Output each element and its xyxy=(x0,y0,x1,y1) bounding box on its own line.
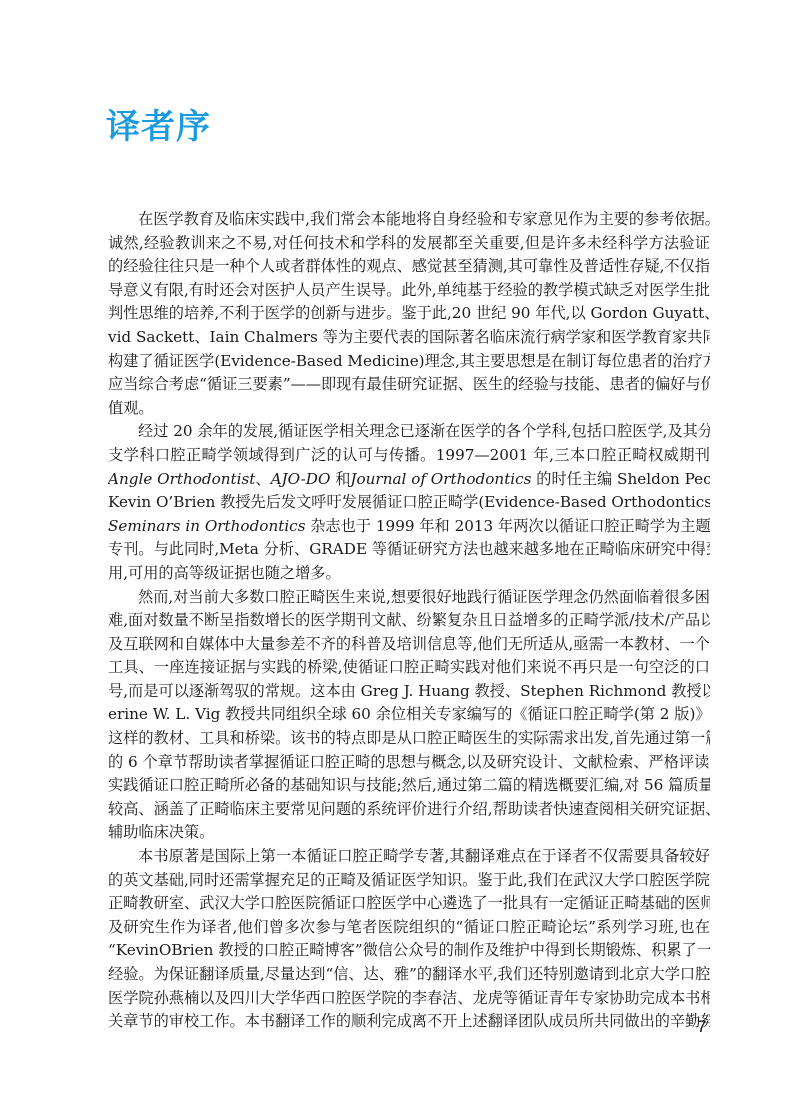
text-line: Kevin O’Brien 教授先后发文呼吁发展循证口腔正畸学(Evidence… xyxy=(108,491,710,515)
text-line: 难,面对数量不断呈指数增长的医学期刊文献、纷繁复杂且日益增多的正畸学派/技术/产… xyxy=(108,609,710,633)
text-line: Angle Orthodontist、AJO-DO 和Journal of Or… xyxy=(108,468,710,492)
text-line: “KevinOBrien 教授的口腔正畸博客”微信公众号的制作及维护中得到长期锻… xyxy=(108,939,710,963)
text-line: 的经验往往只是一种个人或者群体性的观点、感觉甚至猜测,其可靠性及普适性存疑,不仅… xyxy=(108,255,710,279)
text-line: 判性思维的培养,不利于医学的创新与进步。鉴于此,20 世纪 90 年代,以 Go… xyxy=(108,302,710,326)
text-line: 辅助临床决策。 xyxy=(108,821,710,845)
text-line: 构建了循证医学(Evidence-Based Medicine)理念,其主要思想… xyxy=(108,350,710,374)
text-line: 导意义有限,有时还会对医护人员产生误导。此外,单纯基于经验的教学模式缺乏对医学生… xyxy=(108,279,710,303)
text-line: 经验。为保证翻译质量,尽量达到“信、达、雅”的翻译水平,我们还特别邀请到北京大学… xyxy=(108,963,710,987)
journal-title: Journal of Orthodontics xyxy=(350,470,531,488)
page-number: 7 xyxy=(697,1017,706,1037)
text-line: 值观。 xyxy=(108,397,710,421)
text-line: 实践循证口腔正畸所必备的基础知识与技能;然后,通过第二篇的精选概要汇编,对 56… xyxy=(108,774,710,798)
journal-title: Seminars in Orthodontics xyxy=(108,517,305,535)
text-line: 诚然,经验教训来之不易,对任何技术和学科的发展都至关重要,但是许多未经科学方法验… xyxy=(108,232,710,256)
text-line: vid Sackett、Iain Chalmers 等为主要代表的国际著名临床流… xyxy=(108,326,710,350)
text-line: 本书原著是国际上第一本循证口腔正畸学专著,其翻译难点在于译者不仅需要具备较好 xyxy=(108,845,710,869)
paragraph: 经过 20 余年的发展,循证医学相关理念已逐渐在医学的各个学科,包括口腔医学,及… xyxy=(108,420,710,585)
text-line: 关章节的审校工作。本书翻译工作的顺利完成离不开上述翻译团队成员所共同做出的辛勤努 xyxy=(108,1010,710,1034)
text-line: 的英文基础,同时还需掌握充足的正畸及循证医学知识。鉴于此,我们在武汉大学口腔医学… xyxy=(108,869,710,893)
text-segment: 杂志也于 1999 年和 2013 年两次以循证口腔正畸学为主题组稿、发表 xyxy=(305,517,710,535)
paragraph: 本书原著是国际上第一本循证口腔正畸学专著,其翻译难点在于译者不仅需要具备较好的英… xyxy=(108,845,710,1034)
page-title: 译者序 xyxy=(106,99,211,148)
text-line: 较高、涵盖了正畸临床主要常见问题的系统评价进行介绍,帮助读者快速查阅相关研究证据… xyxy=(108,798,710,822)
text-line: 的 6 个章节帮助读者掌握循证口腔正畸的思想与概念,以及研究设计、文献检索、严格… xyxy=(108,751,710,775)
text-line: 这样的教材、工具和桥梁。该书的特点即是从口腔正畸医生的实际需求出发,首先通过第一… xyxy=(108,727,710,751)
text-line: 支学科口腔正畸学领域得到广泛的认可与传播。1997—2001 年,三本口腔正畸权… xyxy=(108,444,710,468)
text-line: 用,可用的高等级证据也随之增多。 xyxy=(108,562,710,586)
text-line: 然而,对当前大多数口腔正畸医生来说,想要很好地践行循证医学理念仍然面临着很多困 xyxy=(108,586,710,610)
text-line: 工具、一座连接证据与实践的桥梁,使循证口腔正畸实践对他们来说不再只是一句空泛的口 xyxy=(108,656,710,680)
text-line: 及互联网和自媒体中大量参差不齐的科普及培训信息等,他们无所适从,亟需一本教材、一… xyxy=(108,633,710,657)
text-segment: 的时任主编 Sheldon Peck、David Turpin、 xyxy=(531,470,710,488)
journal-title: Angle Orthodontist xyxy=(108,470,255,488)
journal-title: AJO-DO xyxy=(271,470,331,488)
text-line: 医学院孙燕楠以及四川大学华西口腔医学院的李春洁、龙虎等循证青年专家协助完成本书相 xyxy=(108,987,710,1011)
text-line: 经过 20 余年的发展,循证医学相关理念已逐渐在医学的各个学科,包括口腔医学,及… xyxy=(108,420,710,444)
text-line: 号,而是可以逐渐驾驭的常规。这本由 Greg J. Huang 教授、Steph… xyxy=(108,680,710,704)
text-line: Seminars in Orthodontics 杂志也于 1999 年和 20… xyxy=(108,515,710,539)
body-text: 在医学教育及临床实践中,我们常会本能地将自身经验和专家意见作为主要的参考依据。诚… xyxy=(108,208,710,1034)
paragraph: 在医学教育及临床实践中,我们常会本能地将自身经验和专家意见作为主要的参考依据。诚… xyxy=(108,208,710,420)
text-segment: 和 xyxy=(330,470,350,488)
text-segment: 、 xyxy=(255,470,270,488)
text-line: 应当综合考虑“循证三要素”——即现有最佳研究证据、医生的经验与技能、患者的偏好与… xyxy=(108,373,710,397)
text-line: 及研究生作为译者,他们曾多次参与笔者医院组织的“循证口腔正畸论坛”系列学习班,也… xyxy=(108,916,710,940)
text-line: 在医学教育及临床实践中,我们常会本能地将自身经验和专家意见作为主要的参考依据。 xyxy=(108,208,710,232)
paragraph: 然而,对当前大多数口腔正畸医生来说,想要很好地践行循证医学理念仍然面临着很多困难… xyxy=(108,586,710,846)
text-line: 正畸教研室、武汉大学口腔医院循证口腔医学中心遴选了一批具有一定循证正畸基础的医师 xyxy=(108,892,710,916)
book-page: 译者序 在医学教育及临床实践中,我们常会本能地将自身经验和专家意见作为主要的参考… xyxy=(0,0,800,1097)
text-line: 专刊。与此同时,Meta 分析、GRADE 等循证研究方法也越来越多地在正畸临床… xyxy=(108,538,710,562)
text-line: erine W. L. Vig 教授共同组织全球 60 余位相关专家编写的《循证… xyxy=(108,703,710,727)
